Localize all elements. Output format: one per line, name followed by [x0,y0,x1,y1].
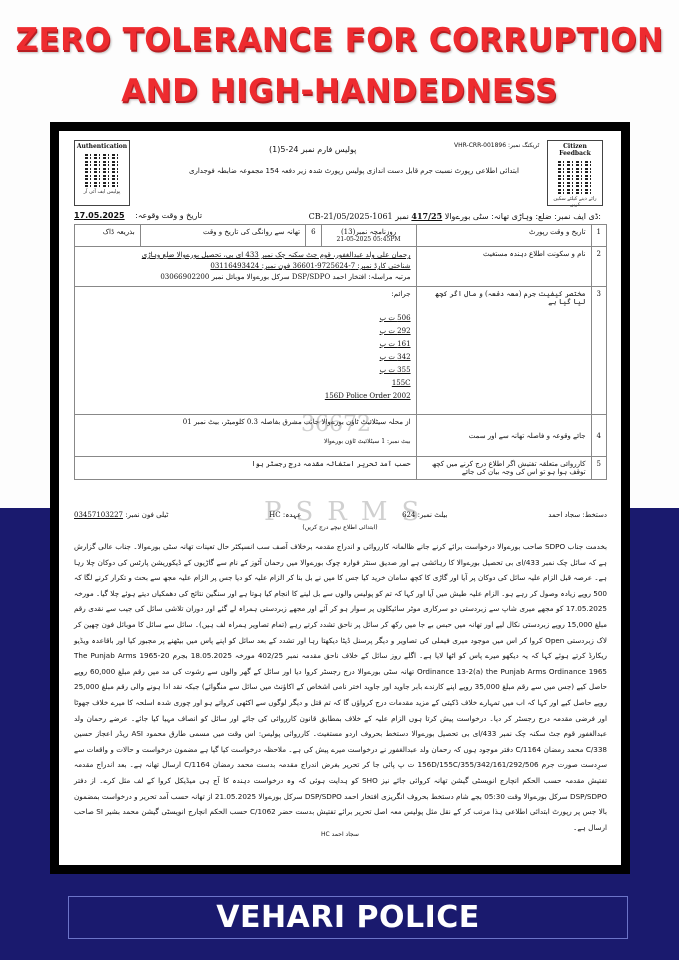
signature-note: (ابتدائی اطلاع نیچے درج کریں) [59,524,621,531]
offence-sections-cell: جرائم: 506 ت پ 292 ت پ 161 ت پ 342 ت پ 3… [75,287,417,415]
fir-number: 417/25 [411,211,442,221]
citizen-feedback-qr-box[interactable]: Citizen Feedback رائے دینے کیلئے سکین کر… [547,140,603,206]
cb-label: ڈی ایف نمبر: [554,212,598,221]
row-label: تھانہ سے روانگی کی تاریخ و وقت [140,225,305,247]
report-datetime-cell: روزنامچہ نمبر(13) 21-05-2025 05:45PM [321,225,416,247]
rank-field: عہدہ: HC [269,511,301,519]
report-datetime: 21-05-2025 05:45PM [327,236,411,243]
vehari-police-banner: VEHARI POLICE [68,896,628,939]
daily-diary-number: روزنامچہ نمبر(13) [327,228,411,236]
phone-field: ٹیلی فون نمبر: 03457103227 [74,511,168,519]
row-number: 5 [591,457,606,480]
row-label: جائے وقوعہ و فاصلہ تھانہ سے اور سمت [416,415,591,457]
signature-line: دستخط: سجاد احمد بیلٹ نمبر: 624 عہدہ: HC… [74,511,607,519]
headline-line-2: AND HIGH-HANDEDNESS [0,73,679,109]
dispatch-method: بذریعہ ڈاک [75,225,141,247]
row-number: 3 [591,287,606,415]
tracking-number: ٹریکنگ نمبر: VHR-CRR-001896 [454,142,539,149]
offence-section: 292 ت پ [80,325,411,338]
cb-number: CB-21/05/2025-1061 [309,212,393,221]
row-label: نام و سکونت اطلاع دہندہ مستغیث [416,247,591,287]
offence-section: 355 ت پ [80,364,411,377]
district: ضلع: وہاڑی [512,212,552,221]
citizen-feedback-title: Citizen Feedback [548,143,602,157]
table-row: 2 نام و سکونت اطلاع دہندہ مستغیث رحمان ع… [75,247,607,287]
offence-section: 156D Police Order 2002 [80,390,411,403]
table-row: 5 کارروائی متعلقہ تفتیش اگر اطلاع درج کر… [75,457,607,480]
qr-code-icon [558,160,592,194]
headline-line-1: ZERO TOLERANCE FOR CORRUPTION [0,22,679,58]
watermark-number: 36672 [301,412,371,437]
investigation-action: حسب آمد تحریر استغاثہ مقدمہ درج رجسٹر ہو… [75,457,417,480]
row-number: 2 [591,247,606,287]
authentication-qr-box[interactable]: Authentication پولیس ایف آئی آر [74,140,130,206]
complainant-name-address: رحمان علی ولد عبدالغفور، قوم جٹ سکنہ چک … [80,250,411,261]
complaint-body-text: بخدمت جناب SDPO صاحب بورےوالا درخواست بر… [74,539,607,835]
document-subtitle: ابتدائی اطلاعی رپورٹ نسبت جرم قابل دست ا… [189,167,519,175]
row-number: 6 [306,225,321,247]
complainant-details: رحمان علی ولد عبدالغفور، قوم جٹ سکنہ چک … [75,247,417,287]
case-info-line: CB-21/05/2025-1061 ڈی ایف نمبر: ضلع: وہا… [309,211,601,221]
police-station: تھانہ: سٹی بورےوالا [445,212,509,221]
row-label: کارروائی متعلقہ تفتیش اگر اطلاع درج کرنے… [416,457,591,480]
signature-label: دستخط: [582,511,607,519]
phone-label: ٹیلی فون نمبر: [125,511,168,519]
belt-number-value: 624 [402,511,415,519]
rank-label: عہدہ: [283,511,301,519]
rank-value: HC [269,511,280,519]
authentication-caption: پولیس ایف آئی آر [75,189,129,195]
row-number: 4 [591,415,606,457]
offence-sections-list: 506 ت پ 292 ت پ 161 ت پ 342 ت پ 355 ت پ … [80,312,411,403]
banner-label: VEHARI POLICE [216,900,480,935]
offence-section: 155C [80,377,411,390]
row-number: 1 [591,225,606,247]
offences-heading: جرائم: [80,290,411,298]
belt-number-field: بیلٹ نمبر: 624 [402,511,447,519]
occurrence-date-line: تاریخ و وقت وقوعہ: 17.05.2025 [74,211,202,220]
table-row: 1 تاریخ و وقت رپورٹ روزنامچہ نمبر(13) 21… [75,225,607,247]
phone-value: 03457103227 [74,511,123,519]
offence-section: 342 ت پ [80,351,411,364]
signature-field: دستخط: سجاد احمد [548,511,607,519]
footer-signature: سجاد احمد HC [59,831,621,838]
fir-table: 1 تاریخ و وقت رپورٹ روزنامچہ نمبر(13) 21… [74,224,607,480]
authentication-title: Authentication [75,143,129,150]
citizen-feedback-caption: رائے دینے کیلئے سکین کریں [548,196,602,208]
prepared-by: مرتبہ مراسلہ: افتخار احمد DSP/SDPO سرکل … [80,272,411,283]
form-number: پولیس فارم نمبر 24-5(1) [269,145,356,154]
belt-number-label: بیلٹ نمبر: [418,511,448,519]
row-label: مختصر کیفیت جرم (معہ دفعہ) و مال اگر کچھ… [416,287,591,415]
occurrence-date-value: 17.05.2025 [74,211,125,220]
table-row: 3 مختصر کیفیت جرم (معہ دفعہ) و مال اگر ک… [75,287,607,415]
beat-number: بیٹ نمبر: 1 سیٹلائیٹ ٹاؤن بورےوالا [80,438,411,445]
offence-section: 161 ت پ [80,338,411,351]
document-frame: Authentication پولیس ایف آئی آر Citizen … [50,122,630,874]
fir-document: Authentication پولیس ایف آئی آر Citizen … [59,131,621,865]
signature-name: سجاد احمد [548,511,580,519]
occurrence-date-label: تاریخ و وقت وقوعہ: [135,211,202,220]
row-label: تاریخ و وقت رپورٹ [416,225,591,247]
offence-section: 506 ت پ [80,312,411,325]
complainant-cnic-phone: شناختی کارڈ نمبر: 7-9725624-36601 فون نم… [80,261,411,272]
qr-code-icon [85,153,119,187]
